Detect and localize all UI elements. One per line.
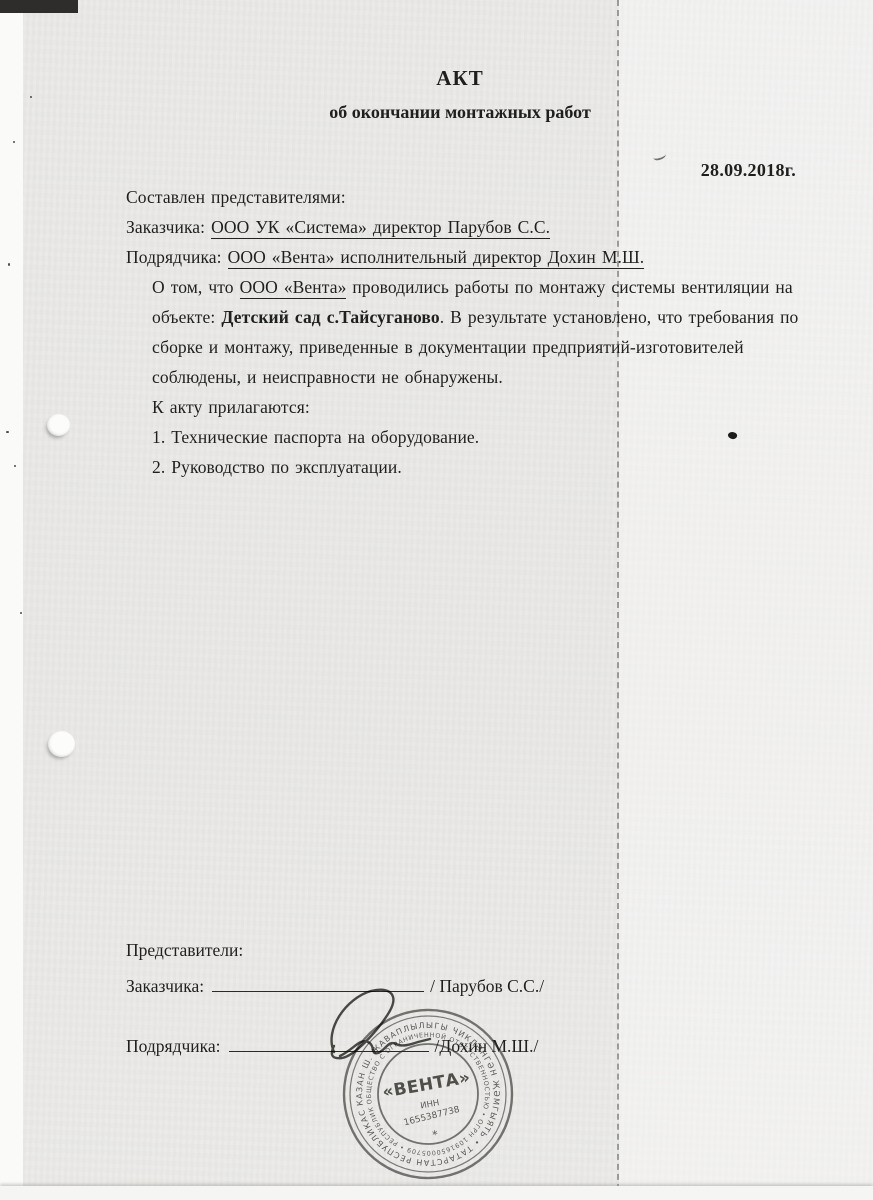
- punch-hole-bottom: [48, 731, 75, 757]
- text-segment: сборке и монтажу, приведенные в документ…: [152, 337, 744, 357]
- scan-corner-black-mark: [0, 0, 78, 13]
- text-line: Подрядчика: ООО «Вента» исполнительный д…: [126, 242, 746, 272]
- scan-speck: [8, 263, 10, 266]
- pen-tick-mark: [652, 151, 666, 162]
- text-segment: К акту прилагаются:: [152, 397, 310, 417]
- text-segment: ООО УК «Система» директор Парубов С.С.: [211, 217, 550, 239]
- signature-scrawl-svg: [316, 986, 456, 1078]
- text-segment: соблюдены, и неисправности не обнаружены…: [152, 367, 503, 387]
- document-title: АКТ: [60, 66, 860, 91]
- punch-hole-top: [47, 414, 70, 436]
- text-segment: О том, что: [152, 277, 240, 297]
- contractor-signature-label: Подрядчика:: [126, 1036, 221, 1056]
- scanned-document-page: АКТ об окончании монтажных работ 28.09.2…: [0, 0, 873, 1200]
- scan-speck: [14, 465, 16, 467]
- text-segment: 1. Технические паспорта на оборудование.: [152, 427, 479, 447]
- text-line: Составлен представителями:: [126, 182, 746, 212]
- text-line: объекте: Детский сад с.Тайсуганово. В ре…: [152, 302, 812, 332]
- text-segment: Заказчика:: [126, 217, 211, 237]
- text-line: О том, что ООО «Вента» проводились работ…: [152, 272, 812, 302]
- representatives-heading: Представители:: [126, 940, 243, 961]
- scan-speck: [20, 612, 22, 614]
- stamp-star: *: [431, 1128, 439, 1142]
- text-segment: . В результате установлено, что требован…: [440, 307, 799, 327]
- text-segment: Составлен представителями:: [126, 187, 346, 207]
- text-line: соблюдены, и неисправности не обнаружены…: [152, 362, 812, 392]
- parties-block: Составлен представителями:Заказчика: ООО…: [126, 182, 746, 272]
- text-line: 2. Руководство по эксплуатации.: [152, 452, 812, 482]
- text-segment: ООО «Вента»: [240, 277, 347, 299]
- scan-speck: [30, 96, 32, 98]
- text-line: 1. Технические паспорта на оборудование.: [152, 422, 812, 452]
- text-segment: Подрядчика:: [126, 247, 228, 267]
- text-segment: объекте:: [152, 307, 221, 327]
- page-bottom-edge: [0, 1186, 873, 1200]
- text-segment: проводились работы по монтажу системы ве…: [346, 277, 792, 297]
- customer-signature-label: Заказчика:: [126, 976, 204, 996]
- text-segment: 2. Руководство по эксплуатации.: [152, 457, 402, 477]
- body-text-block: О том, что ООО «Вента» проводились работ…: [152, 272, 812, 482]
- text-line: сборке и монтажу, приведенные в документ…: [152, 332, 812, 362]
- scanner-edge-strip: [0, 0, 23, 1200]
- page-fold-line: [617, 0, 619, 1200]
- scan-speck: [6, 431, 9, 433]
- text-segment: Детский сад с.Тайсуганово: [221, 307, 439, 327]
- text-segment: ООО «Вента» исполнительный директор Дохи…: [228, 247, 645, 269]
- document-subtitle: об окончании монтажных работ: [60, 102, 860, 123]
- text-line: Заказчика: ООО УК «Система» директор Пар…: [126, 212, 746, 242]
- scan-speck: [13, 141, 15, 143]
- handwritten-signature: [316, 986, 456, 1078]
- text-line: К акту прилагаются:: [152, 392, 812, 422]
- document-date: 28.09.2018г.: [701, 160, 796, 181]
